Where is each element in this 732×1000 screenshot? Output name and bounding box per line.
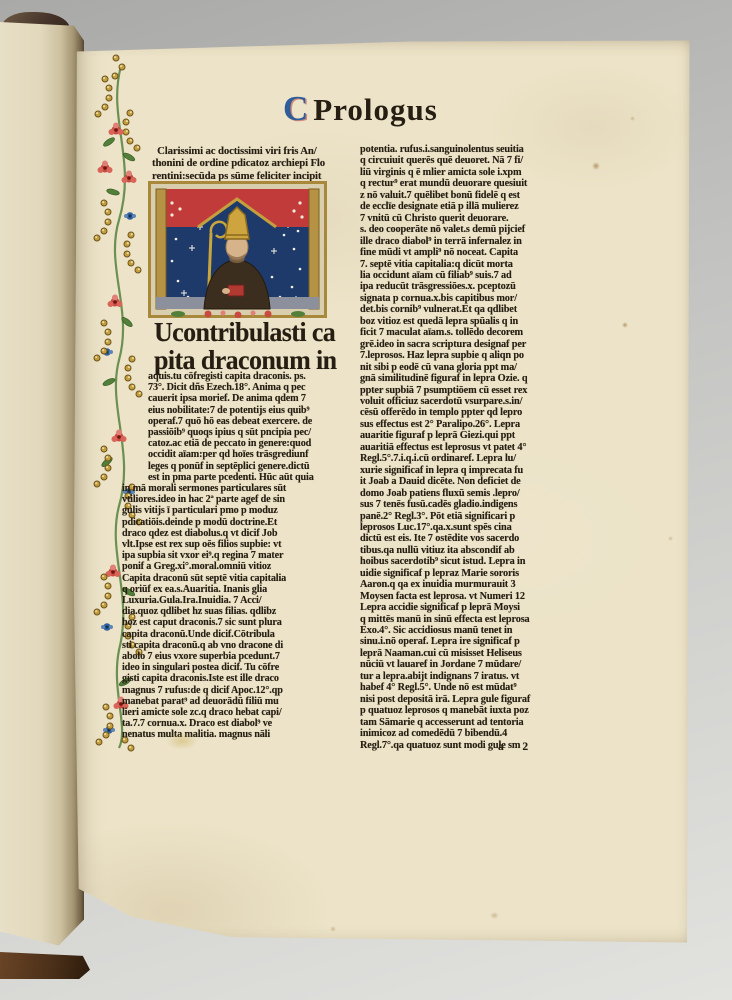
paragraph-mark: C xyxy=(283,89,309,128)
manuscript-page: Clarissimi ac doctissimi viri fris An/ t… xyxy=(70,36,692,948)
foxing-spot xyxy=(668,536,673,541)
foxing-spot xyxy=(622,322,628,328)
bishop-miniature xyxy=(148,181,327,318)
signature-mark: a 2 xyxy=(498,741,528,753)
heading-title: Prologus xyxy=(313,92,438,127)
foxing-spot xyxy=(592,162,600,170)
text-column-left-lower: in mā morali sermones particulares sūt v… xyxy=(122,483,286,741)
incipit-text: Clarissimi ac doctissimi viri fris An/ t… xyxy=(152,145,325,182)
text-column-left-upper: aquis.tu cōfregisti capita draconis. ps.… xyxy=(148,371,314,483)
leather-binding-bottom xyxy=(0,946,90,979)
foxing-spot xyxy=(490,912,499,919)
prologus-heading: CPrologus xyxy=(283,92,438,127)
photograph-backdrop: Clarissimi ac doctissimi viri fris An/ t… xyxy=(0,0,732,1000)
foxing-spot xyxy=(330,926,336,932)
text-column-right: potentia. rufus.i.sanguinolentus seuitia… xyxy=(360,144,530,751)
foxing-spot xyxy=(630,116,635,121)
opening-initial-lines: Ucontribulasti ca pita draconum in xyxy=(154,319,337,374)
flyleaf-page-edge xyxy=(0,22,84,952)
